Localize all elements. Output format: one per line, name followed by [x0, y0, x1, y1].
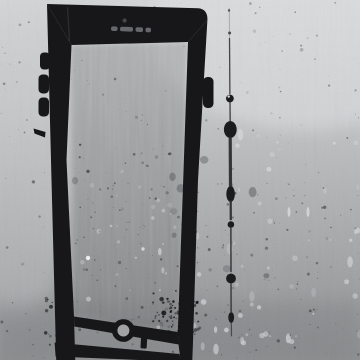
speck-dot — [357, 195, 358, 196]
volume-down-bump — [39, 98, 50, 117]
speck-dot — [106, 172, 107, 173]
droplet-dot — [353, 140, 358, 145]
speck-dot — [289, 33, 291, 35]
speck-dot — [49, 344, 51, 346]
speck-dot — [154, 197, 156, 199]
speck-dot — [140, 243, 142, 245]
droplet-dot — [289, 284, 294, 289]
speck-dot — [227, 274, 228, 275]
speck-dot — [137, 316, 140, 319]
speck-dot — [206, 236, 208, 238]
splatter-dot — [172, 320, 174, 322]
speck-dot — [49, 305, 53, 309]
speck-dot — [44, 172, 45, 173]
droplet-dot — [80, 260, 85, 265]
speck-dot — [131, 319, 133, 321]
speck-dot — [79, 144, 81, 146]
speck-dot — [87, 80, 88, 81]
speck-dot — [112, 188, 113, 189]
splatter-dot — [182, 300, 183, 301]
splatter-dot — [177, 330, 180, 333]
speck-dot — [26, 304, 27, 305]
speck-dot — [118, 109, 119, 110]
speck-dot — [309, 310, 312, 313]
droplet-dot — [197, 272, 201, 276]
droplet-dot — [117, 240, 120, 243]
droplet-streak — [307, 207, 310, 217]
speck-dot — [168, 152, 171, 155]
droplet-dot — [352, 293, 357, 298]
splatter-dot — [172, 300, 175, 303]
droplet-dot — [257, 305, 261, 309]
speck-dot — [153, 149, 154, 150]
speck-dot — [12, 302, 13, 303]
speck-dot — [279, 117, 280, 118]
speck-dot — [209, 351, 210, 352]
droplet-dot — [201, 342, 205, 350]
speck-dot — [74, 168, 75, 169]
speck-dot — [255, 349, 257, 351]
speck-dot — [197, 247, 198, 248]
speck-dot — [267, 201, 268, 202]
splatter-dot — [152, 292, 154, 294]
speck-dot — [206, 290, 207, 291]
speck-dot — [90, 216, 92, 218]
speck-dot — [246, 91, 249, 94]
speck-dot — [340, 215, 341, 216]
speck-dot — [194, 319, 195, 320]
speck-dot — [357, 353, 359, 355]
speck-dot — [86, 269, 88, 271]
splatter-dot — [185, 310, 186, 311]
speck-dot — [255, 12, 257, 14]
speaker-slot-dash — [111, 26, 118, 31]
speck-dot — [236, 358, 237, 359]
droplet-dot — [141, 247, 144, 250]
splatter-dot — [169, 301, 171, 303]
droplet-dot — [170, 213, 172, 215]
speck-dot — [259, 7, 260, 8]
speck-dot — [126, 268, 127, 269]
speck-dot — [232, 216, 234, 218]
speck-dot — [184, 46, 185, 47]
droplet-dot — [138, 185, 141, 188]
speck-dot — [43, 357, 44, 358]
droplet-dot — [312, 313, 314, 315]
speck-dot — [129, 253, 130, 254]
droplet-dot — [235, 283, 239, 287]
speck-dot — [279, 68, 280, 69]
speck-dot — [141, 306, 144, 309]
speck-dot — [282, 50, 283, 51]
speck-dot — [77, 239, 78, 240]
splatter-dot — [186, 298, 188, 300]
droplet-streak — [288, 207, 291, 217]
splatter-dot — [193, 304, 196, 307]
speck-dot — [73, 70, 74, 71]
splatter-dot — [170, 316, 173, 319]
speck-dot — [9, 136, 10, 137]
droplet-dot — [259, 333, 265, 339]
water-bead-small — [226, 95, 234, 103]
droplet-dot — [245, 333, 248, 336]
droplet-dot — [120, 169, 124, 173]
splatter-dot — [153, 320, 155, 322]
speck-dot — [296, 288, 297, 289]
speck-dot — [313, 309, 315, 311]
splatter-dot — [178, 325, 180, 327]
splatter-dot — [183, 299, 184, 300]
droplet-dot — [214, 326, 217, 333]
speck-dot — [26, 119, 28, 121]
droplet-dot — [278, 148, 281, 151]
droplet-dot — [267, 267, 270, 270]
water-bead-elongated — [228, 312, 234, 323]
speck-dot — [318, 172, 320, 174]
speck-dot — [2, 47, 3, 48]
power-button-bump — [203, 77, 214, 108]
droplet-dot — [276, 141, 279, 144]
speck-dot — [119, 209, 121, 211]
speck-dot — [309, 324, 310, 325]
speck-dot — [223, 244, 224, 245]
splatter-dot — [166, 298, 168, 300]
speck-dot — [357, 252, 358, 253]
splatter-dot — [172, 324, 174, 326]
bottom-tick-mark — [140, 329, 147, 349]
speck-dot — [257, 194, 258, 195]
droplet-dot — [157, 325, 161, 329]
droplet-dot — [349, 239, 352, 242]
speck-dot — [266, 137, 267, 138]
speck-dot — [126, 201, 127, 202]
speck-dot — [276, 157, 277, 158]
splatter-dot — [167, 330, 171, 334]
splatter-dot — [161, 311, 166, 316]
speck-dot — [242, 301, 243, 302]
speck-dot — [224, 254, 225, 255]
speck-dot — [83, 236, 85, 238]
droplet-dot — [161, 267, 164, 273]
splatter-dot — [156, 312, 158, 314]
speck-dot — [43, 227, 44, 228]
droplet-dot — [357, 227, 360, 233]
droplet-dot — [173, 226, 176, 229]
volume-up-bump — [39, 75, 50, 94]
droplet-dot — [237, 129, 243, 141]
speck-dot — [355, 89, 357, 91]
speck-dot — [137, 234, 138, 235]
droplet-dot — [165, 272, 167, 274]
droplet-bright — [86, 256, 90, 260]
speck-dot — [177, 216, 180, 219]
speck-dot — [118, 261, 121, 264]
photo-canvas — [0, 0, 360, 360]
speck-dot — [323, 206, 326, 209]
speck-dot — [204, 314, 207, 317]
speck-dot — [325, 349, 326, 350]
speck-dot — [279, 223, 280, 224]
smudge-blob — [263, 273, 269, 278]
speck-dot — [217, 183, 219, 185]
speck-dot — [307, 37, 308, 38]
speck-dot — [28, 21, 30, 23]
speck-dot — [126, 222, 127, 223]
speck-dot — [287, 183, 289, 185]
speck-dot — [147, 124, 148, 125]
speck-dot — [308, 230, 311, 233]
speck-dot — [115, 147, 116, 148]
speck-dot — [317, 278, 318, 279]
speck-dot — [270, 112, 272, 114]
droplet-dot — [238, 313, 243, 318]
water-bead-bulge — [226, 186, 235, 202]
droplet-dot — [333, 142, 336, 145]
droplet-dot — [286, 334, 291, 344]
splatter-dot — [193, 331, 194, 332]
speck-dot — [355, 114, 356, 115]
speck-dot — [316, 262, 319, 265]
speck-dot — [142, 114, 143, 115]
smudge-blob — [249, 187, 257, 197]
speck-dot — [165, 308, 168, 311]
speck-dot — [216, 285, 218, 287]
speck-dot — [264, 279, 265, 280]
speck-dot — [316, 35, 318, 37]
droplet-dot — [354, 229, 357, 235]
speck-dot — [3, 82, 6, 85]
speck-dot — [132, 345, 133, 346]
speck-dot — [79, 207, 81, 209]
speck-dot — [18, 129, 19, 130]
phone-top-bar — [47, 4, 207, 45]
speck-dot — [142, 225, 143, 226]
speck-dot — [1, 64, 2, 65]
speck-dot — [275, 197, 278, 200]
speck-dot — [293, 195, 295, 197]
splatter-dot — [169, 316, 170, 317]
speck-dot — [5, 178, 6, 179]
speck-dot — [92, 202, 93, 203]
speck-dot — [317, 327, 319, 329]
splatter-dot — [162, 325, 163, 326]
speck-dot — [278, 87, 280, 89]
speck-dot — [84, 112, 85, 113]
drip-top-dash — [228, 32, 231, 35]
droplet-dot — [295, 335, 297, 337]
speck-dot — [115, 250, 116, 251]
speck-dot — [274, 277, 275, 278]
splatter-dot — [171, 326, 173, 328]
droplet-dot — [96, 229, 101, 234]
speck-dot — [97, 332, 99, 334]
mute-switch-bump — [40, 53, 50, 70]
speck-dot — [118, 287, 119, 288]
speck-dot — [301, 202, 303, 204]
speck-dot — [272, 269, 273, 270]
splatter-dot — [169, 303, 172, 306]
speck-dot — [91, 275, 92, 276]
speck-dot — [205, 225, 206, 226]
speck-dot — [84, 180, 85, 181]
speck-dot — [141, 120, 142, 121]
splatter-dot — [158, 320, 160, 322]
speck-dot — [160, 258, 162, 260]
droplet-dot — [241, 265, 244, 268]
speck-dot — [328, 84, 330, 86]
speck-dot — [280, 91, 282, 93]
speck-dot — [216, 319, 217, 320]
speck-dot — [129, 222, 130, 223]
splatter-dot — [170, 311, 172, 313]
drip-top-dot — [228, 9, 230, 11]
bead-highlight — [228, 95, 230, 97]
speck-dot — [286, 229, 288, 231]
splatter-dot — [155, 315, 157, 317]
speck-dot — [126, 229, 127, 230]
splatter-dot — [169, 308, 170, 309]
speck-dot — [111, 196, 113, 198]
speck-dot — [225, 230, 226, 231]
speck-dot — [265, 247, 268, 250]
speck-dot — [330, 227, 332, 229]
speck-dot — [6, 246, 9, 249]
speck-dot — [78, 328, 81, 331]
droplet-dot — [116, 194, 118, 196]
speck-dot — [4, 53, 5, 54]
speck-dot — [306, 256, 308, 258]
speck-dot — [304, 195, 306, 197]
speck-dot — [180, 3, 181, 4]
speck-dot — [25, 313, 27, 315]
speck-dot — [350, 209, 352, 211]
speck-dot — [0, 321, 3, 324]
speck-dot — [305, 164, 306, 165]
speck-dot — [177, 265, 179, 267]
speck-dot — [75, 242, 77, 244]
speck-dot — [314, 58, 316, 60]
speck-dot — [175, 317, 177, 319]
splatter-dot — [155, 318, 156, 319]
droplet-dot — [258, 201, 262, 205]
droplet-dot — [266, 167, 271, 172]
speck-dot — [326, 239, 327, 240]
speck-dot — [340, 249, 341, 250]
splatter-dot — [197, 321, 199, 323]
droplet-dot — [162, 243, 164, 245]
droplet-dot — [116, 225, 118, 227]
droplet-dot — [292, 255, 298, 261]
speck-dot — [124, 237, 125, 238]
speck-dot — [96, 279, 98, 281]
speck-dot — [103, 221, 104, 222]
speck-dot — [24, 132, 26, 134]
splatter-dot — [166, 320, 168, 322]
speck-dot — [162, 145, 163, 146]
speck-dot — [324, 218, 326, 220]
speck-dot — [155, 155, 159, 159]
speck-dot — [358, 63, 359, 64]
speck-dot — [114, 245, 115, 246]
droplet-dot — [329, 237, 331, 241]
speck-dot — [166, 191, 169, 194]
splatter-dot — [198, 327, 201, 330]
smudge-blob — [169, 173, 176, 181]
speck-dot — [328, 76, 329, 77]
speck-dot — [32, 180, 35, 183]
speck-dot — [71, 79, 72, 80]
splatter-dot — [196, 301, 199, 304]
speck-dot — [134, 319, 135, 320]
speck-dot — [209, 268, 212, 271]
speck-dot — [88, 199, 89, 200]
speck-dot — [33, 355, 34, 356]
splatter-dot — [194, 333, 195, 334]
speck-dot — [21, 263, 24, 266]
droplet-dot — [213, 344, 219, 355]
water-bead-large — [224, 121, 237, 138]
speck-dot — [94, 259, 96, 261]
speck-dot — [197, 192, 198, 193]
speck-dot — [266, 238, 269, 241]
speck-dot — [236, 254, 237, 255]
droplet-dot — [135, 257, 137, 259]
splatter-dot — [190, 305, 192, 307]
speck-dot — [146, 165, 149, 168]
speck-dot — [305, 182, 306, 183]
speck-dot — [342, 329, 343, 330]
droplet-dot — [158, 248, 162, 255]
speck-dot — [44, 272, 45, 273]
front-camera-dot — [123, 18, 127, 22]
droplet-dot — [347, 256, 353, 267]
speck-dot — [239, 310, 242, 313]
droplet-dot — [323, 187, 326, 193]
speck-dot — [52, 302, 53, 303]
speck-dot — [293, 190, 294, 191]
speck-dot — [44, 331, 47, 334]
droplet-dot — [86, 297, 91, 302]
speck-dot — [300, 125, 301, 126]
speck-dot — [241, 82, 242, 83]
speck-dot — [49, 335, 52, 338]
speck-dot — [126, 297, 129, 300]
splatter-dot — [181, 314, 182, 315]
speck-dot — [86, 170, 89, 173]
speck-dot — [113, 207, 114, 208]
speck-dot — [277, 339, 280, 342]
speck-dot — [249, 351, 251, 353]
speaker-slot-dash — [135, 27, 143, 32]
droplet-dot — [267, 219, 272, 224]
droplet-dot — [270, 152, 275, 157]
speck-dot — [330, 266, 332, 268]
speck-dot — [227, 304, 228, 305]
speaker-slot-dash — [145, 28, 151, 33]
splatter-dot — [172, 305, 173, 306]
speck-dot — [356, 331, 357, 332]
speck-dot — [133, 153, 136, 156]
speck-dot — [273, 36, 274, 37]
smudge-blob — [172, 233, 177, 238]
speck-dot — [296, 211, 298, 213]
speck-dot — [139, 227, 140, 228]
speck-dot — [115, 285, 117, 287]
smudge-blob — [72, 177, 78, 184]
speck-dot — [100, 311, 101, 312]
speck-dot — [307, 194, 308, 195]
speck-dot — [16, 81, 18, 83]
